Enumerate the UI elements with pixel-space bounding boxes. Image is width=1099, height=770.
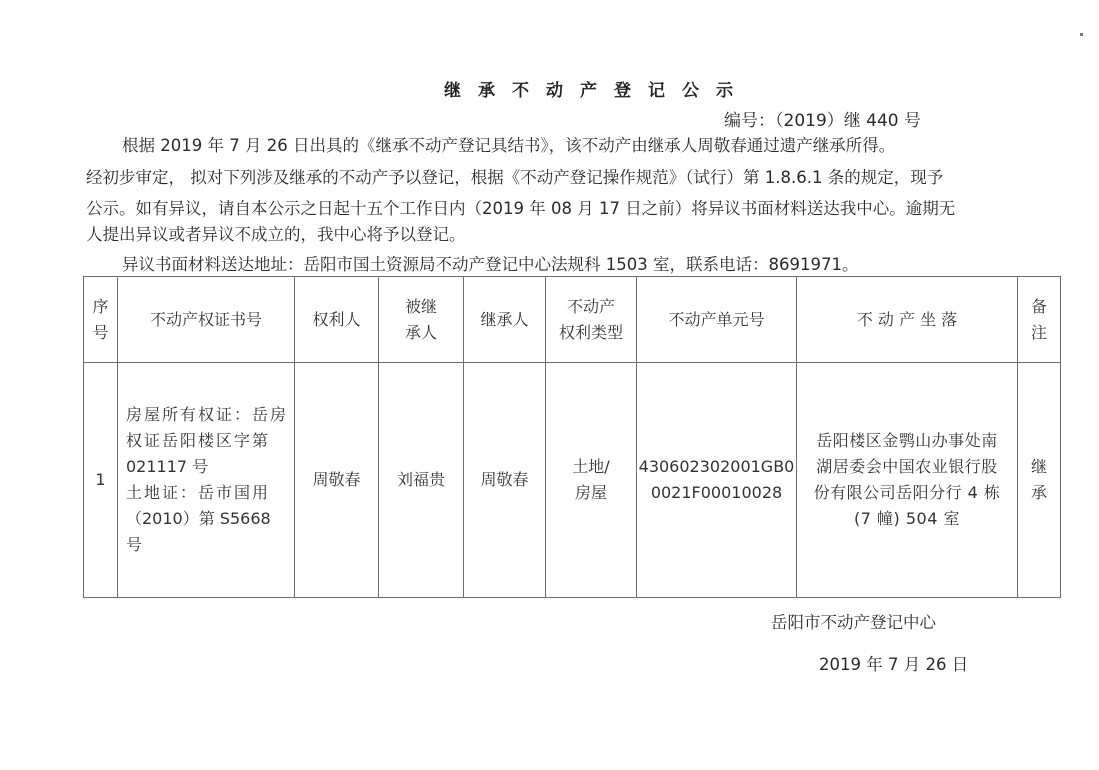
header-unit-no: 不动产单元号	[637, 277, 797, 363]
header-right-type: 不动产 权利类型	[546, 277, 637, 363]
paragraph-review-line1: 经初步审定， 拟对下列涉及继承的不动产予以登记，根据《不动产登记操作规范》（试行…	[86, 165, 943, 190]
paragraph-review-line2: 公示。如有异议，请自本公示之日起十五个工作日内（2019 年 08 月 17 日…	[86, 196, 955, 221]
page-title: 继承不动产登记公示	[0, 76, 1099, 101]
cell-heir: 周敬春	[464, 363, 546, 598]
paragraph-objection-address: 异议书面材料送达地址：岳阳市国土资源局不动产登记中心法规科 1503 室，联系电…	[122, 252, 858, 277]
cell-right-type: 土地/ 房屋	[546, 363, 637, 598]
scan-speck	[1080, 33, 1083, 36]
cell-remark: 继 承	[1018, 363, 1061, 598]
cell-holder: 周敬春	[295, 363, 379, 598]
registration-table: 序 号 不动产权证书号 权利人 被继 承人 继承人 不动产 权利类型 不动产单元…	[83, 276, 1061, 598]
cell-cert: 房屋所有权证：岳房 权证岳阳楼区字第 021117 号 土地证：岳市国用 （20…	[118, 363, 295, 598]
header-seq: 序 号	[84, 277, 118, 363]
header-deceased: 被继 承人	[379, 277, 464, 363]
cell-seq: 1	[84, 363, 118, 598]
header-heir: 继承人	[464, 277, 546, 363]
header-holder: 权利人	[295, 277, 379, 363]
issue-date: 2019 年 7 月 26 日	[819, 651, 968, 675]
cell-deceased: 刘福贵	[379, 363, 464, 598]
cell-location: 岳阳楼区金鹗山办事处南 湖居委会中国农业银行股 份有限公司岳阳分行 4 栋 (7…	[797, 363, 1018, 598]
table-header-row: 序 号 不动产权证书号 权利人 被继 承人 继承人 不动产 权利类型 不动产单元…	[84, 277, 1061, 363]
header-cert: 不动产权证书号	[118, 277, 295, 363]
header-remark: 备 注	[1018, 277, 1061, 363]
header-location: 不 动 产 坐 落	[797, 277, 1018, 363]
table-row: 1 房屋所有权证：岳房 权证岳阳楼区字第 021117 号 土地证：岳市国用 （…	[84, 363, 1061, 598]
cell-unit-no: 430602302001GB0 0021F00010028	[637, 363, 797, 598]
paragraph-review-line3: 人提出异议或者异议不成立的，我中心将予以登记。	[86, 222, 466, 247]
paragraph-basis: 根据 2019 年 7 月 26 日出具的《继承不动产登记具结书》，该不动产由继…	[122, 133, 895, 158]
document-number: 编号：（2019）继 440 号	[724, 106, 921, 131]
issuer-signature: 岳阳市不动产登记中心	[771, 609, 936, 633]
